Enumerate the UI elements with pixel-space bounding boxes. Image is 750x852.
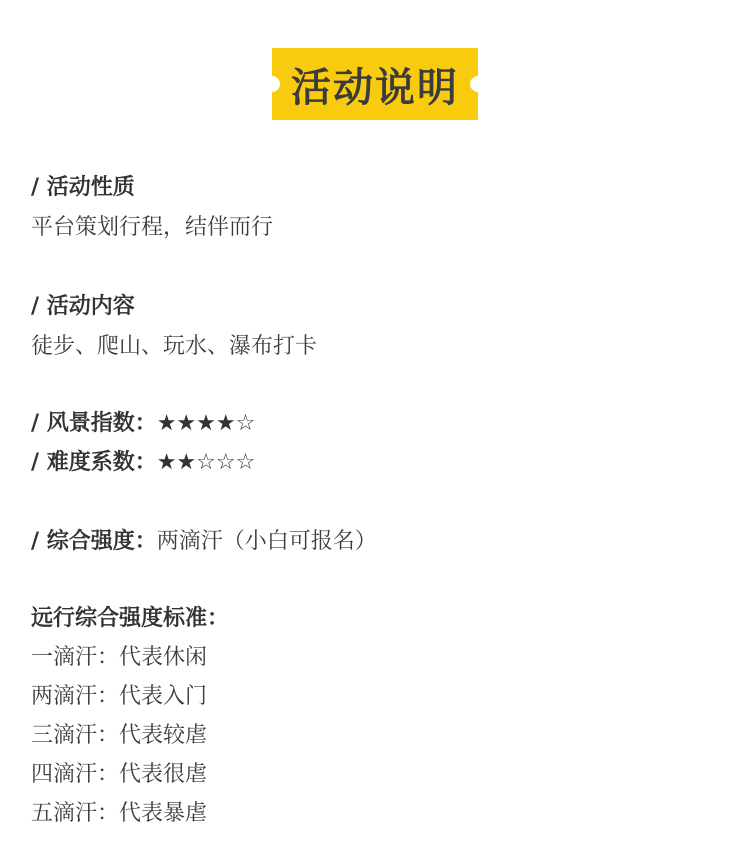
scenery-label: / 风景指数： <box>31 411 157 436</box>
scenery-row: / 风景指数：★★★★☆ <box>31 409 255 439</box>
intensity-label: / 综合强度： <box>31 529 157 554</box>
standard-item: 两滴汗：代表入门 <box>31 682 207 712</box>
content-value: 徒步、爬山、玩水、瀑布打卡 <box>31 332 317 362</box>
standard-item: 一滴汗：代表休闲 <box>31 643 207 673</box>
content-heading: / 活动内容 <box>31 292 135 322</box>
intensity-row: / 综合强度：两滴汗（小白可报名） <box>31 527 377 557</box>
page-title: 活动说明 <box>272 48 478 120</box>
difficulty-stars-icon: ★★☆☆☆ <box>157 450 256 475</box>
scenery-stars-icon: ★★★★☆ <box>157 411 256 436</box>
intensity-value: 两滴汗（小白可报名） <box>157 529 377 554</box>
standard-item: 四滴汗：代表很虐 <box>31 760 207 790</box>
nature-heading: / 活动性质 <box>31 173 135 203</box>
difficulty-label: / 难度系数： <box>31 450 157 475</box>
standard-heading: 远行综合强度标准： <box>31 604 229 634</box>
standard-item: 五滴汗：代表暴虐 <box>31 799 207 829</box>
title-badge: 活动说明 <box>272 48 478 120</box>
difficulty-row: / 难度系数：★★☆☆☆ <box>31 448 255 478</box>
standard-item: 三滴汗：代表较虐 <box>31 721 207 751</box>
nature-value: 平台策划行程，结伴而行 <box>31 213 273 243</box>
